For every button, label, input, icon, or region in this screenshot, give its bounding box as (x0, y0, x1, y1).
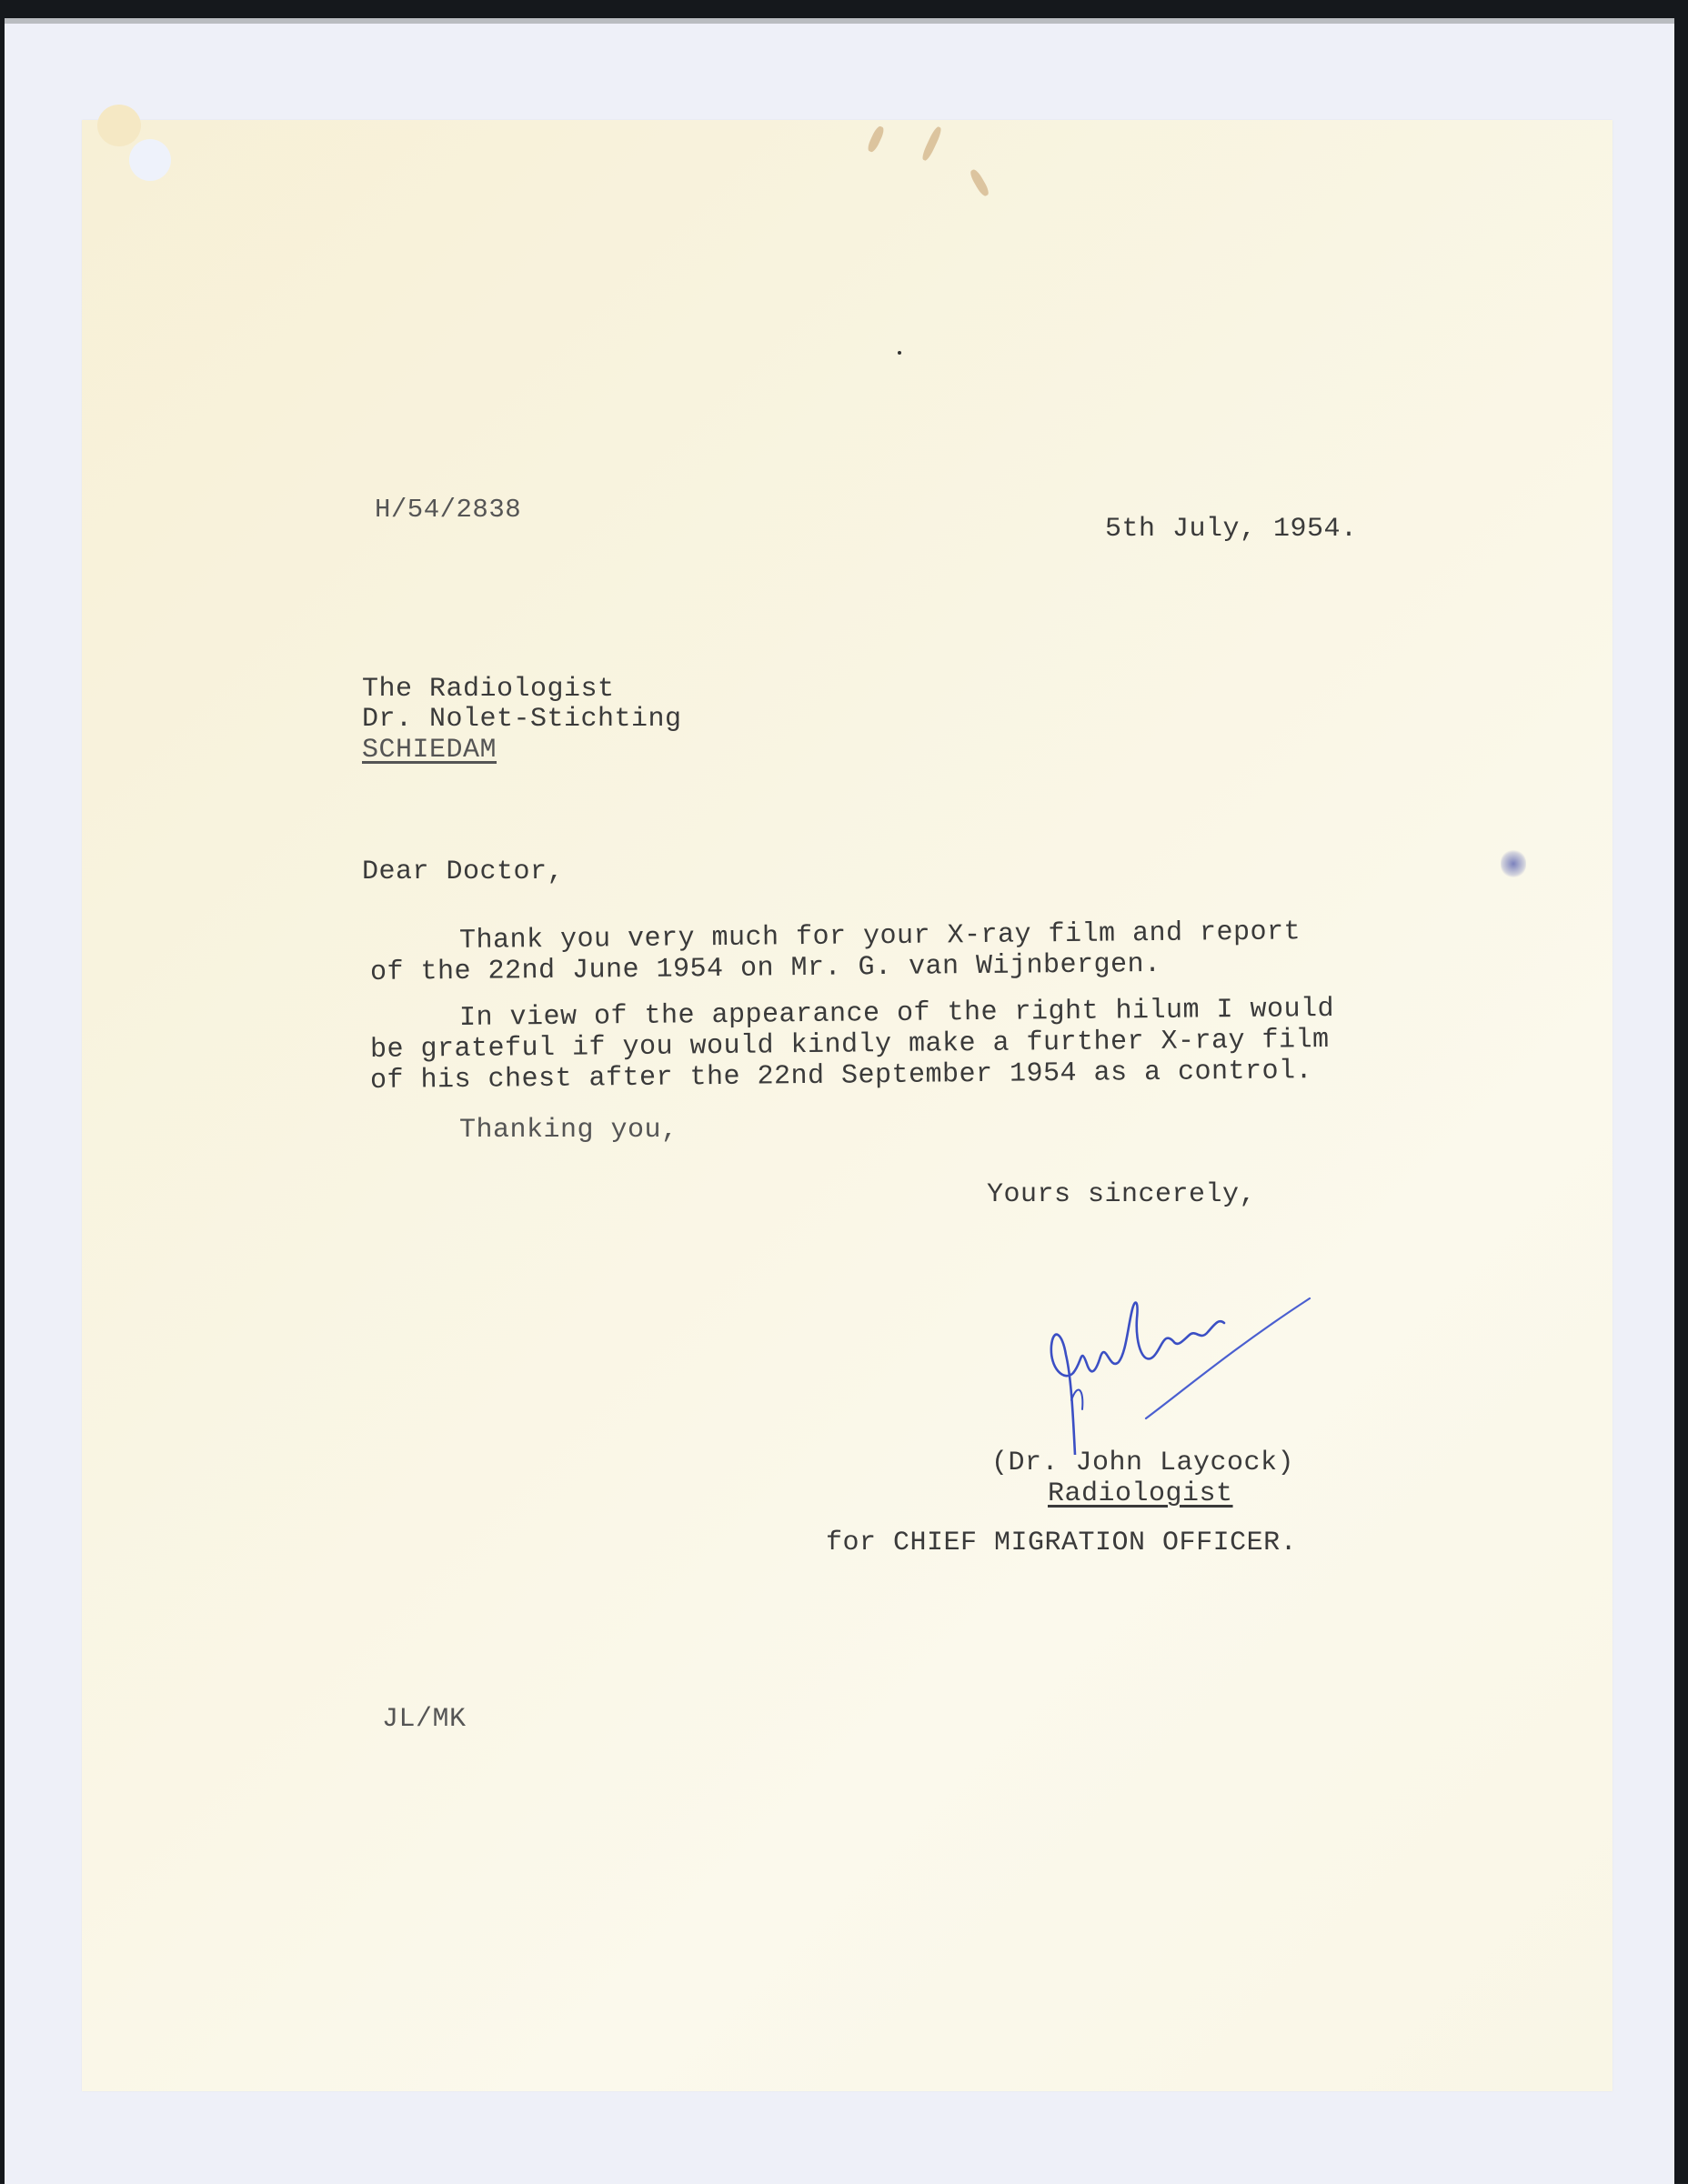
recipient-line-1: The Radiologist (362, 674, 615, 705)
recipient-line-2: Dr. Nolet-Stichting (362, 704, 682, 735)
speck (898, 351, 901, 355)
typist-initials: JL/MK (382, 1704, 467, 1735)
closing-thanks: Thanking you, (459, 1115, 678, 1146)
ink-blot (1501, 850, 1526, 877)
signer-title: Radiologist (1048, 1478, 1233, 1509)
reference-number: H/54/2838 (375, 495, 521, 526)
signer-name: (Dr. John Laycock) (991, 1448, 1294, 1478)
punch-hole (129, 139, 171, 181)
salutation: Dear Doctor, (362, 857, 564, 887)
letter-sheet (82, 120, 1613, 2091)
recipient-city: SCHIEDAM (362, 735, 497, 766)
punch-hole-shadow (97, 105, 141, 146)
scanner-frame: H/54/2838 5th July, 1954. The Radiologis… (0, 0, 1688, 2183)
on-behalf-of: for CHIEF MIGRATION OFFICER. (826, 1528, 1297, 1558)
handwritten-signature (1046, 1291, 1319, 1455)
complimentary-close: Yours sincerely, (987, 1179, 1256, 1210)
letter-date: 5th July, 1954. (1105, 514, 1358, 545)
